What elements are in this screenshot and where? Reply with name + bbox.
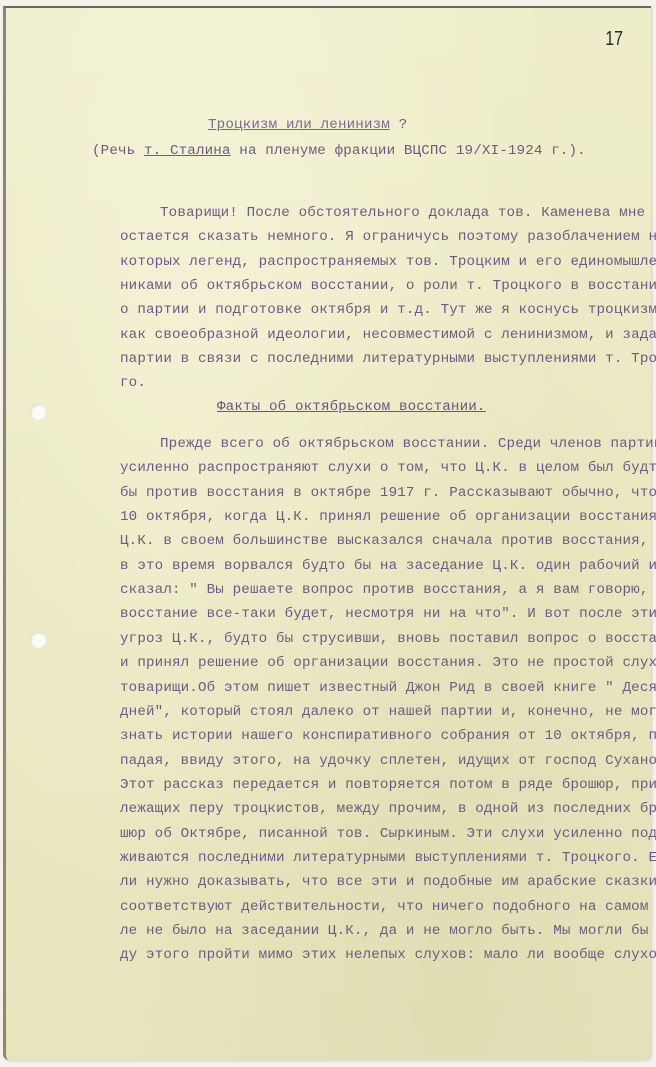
text-line: ли нужно доказывать, что все эти и подоб… xyxy=(120,874,656,890)
section-heading: Факты об октябрьском восстании. xyxy=(217,399,486,415)
subtitle-speaker: т. Сталина xyxy=(144,143,231,159)
text-line: ле не было на заседании Ц.К., да и не мо… xyxy=(120,923,656,939)
text-line: Ц.К. в своем большинстве высказался снач… xyxy=(120,533,656,549)
title-text: Троцкизм или ленинизм xyxy=(208,117,390,133)
text-line: товарищи.Об этом пишет известный Джон Ри… xyxy=(120,680,656,696)
subtitle-suffix: на пленуме фракции ВЦСПС 19/XI-1924 г.). xyxy=(231,143,586,159)
text-line: соответствуют действительности, что ниче… xyxy=(120,899,656,915)
text-line: го. xyxy=(120,375,146,391)
text-line: падая, ввиду этого, на удочку сплетен, и… xyxy=(120,753,656,769)
text-line: и принял решение об организации восстани… xyxy=(120,655,656,671)
text-line: восстание все-таки будет, несмотря ни на… xyxy=(120,606,656,622)
text-line: дней", который стоял далеко от нашей пар… xyxy=(120,704,656,720)
text-line: которых легенд, распространяемых тов. Тр… xyxy=(120,254,656,270)
text-line: живаются последними литературными выступ… xyxy=(120,850,656,866)
text-line: сказал: " Вы решаете вопрос против восст… xyxy=(120,582,656,598)
title-suffix: ? xyxy=(390,117,407,133)
text-line: о партии и подготовке октября и т.д. Тут… xyxy=(120,302,656,318)
text-line: никами об октябрьском восстании, о роли … xyxy=(120,278,656,294)
document-subtitle: (Речь т. Сталина на пленуме фракции ВЦСП… xyxy=(92,143,586,159)
text-line: знать истории нашего конспиративного соб… xyxy=(120,728,656,744)
subtitle-prefix: (Речь xyxy=(92,143,144,159)
punch-hole xyxy=(30,632,46,648)
page-number: 17 xyxy=(605,28,623,51)
text-line: 10 октября, когда Ц.К. принял решение об… xyxy=(120,509,656,525)
text-line: Товарищи! После обстоятельного доклада т… xyxy=(160,205,645,221)
text-line: партии в связи с последними литературным… xyxy=(120,351,656,367)
text-line: бы против восстания в октябре 1917 г. Ра… xyxy=(120,485,656,501)
punch-hole xyxy=(30,404,46,420)
text-line: Прежде всего об октябрьском восстании. С… xyxy=(160,436,656,452)
text-line: усиленно распространяют слухи о том, что… xyxy=(120,460,656,476)
text-line: лежащих перу троцкистов, между прочим, в… xyxy=(120,801,656,817)
text-line: остается сказать немного. Я ограничусь п… xyxy=(120,229,656,245)
text-line: в это время ворвался будто бы на заседан… xyxy=(120,558,656,574)
text-line: как своеобразной идеологии, несовместимо… xyxy=(120,327,656,343)
document-title: Троцкизм или ленинизм ? xyxy=(208,117,407,133)
text-line: угроз Ц.К., будто бы струсивши, вновь по… xyxy=(120,631,656,647)
text-line: ду этого пройти мимо этих нелепых слухов… xyxy=(120,947,656,963)
text-line: шюр об Октябре, писанной тов. Сыркиным. … xyxy=(120,826,656,842)
text-line: Этот рассказ передается и повторяется по… xyxy=(120,777,656,793)
